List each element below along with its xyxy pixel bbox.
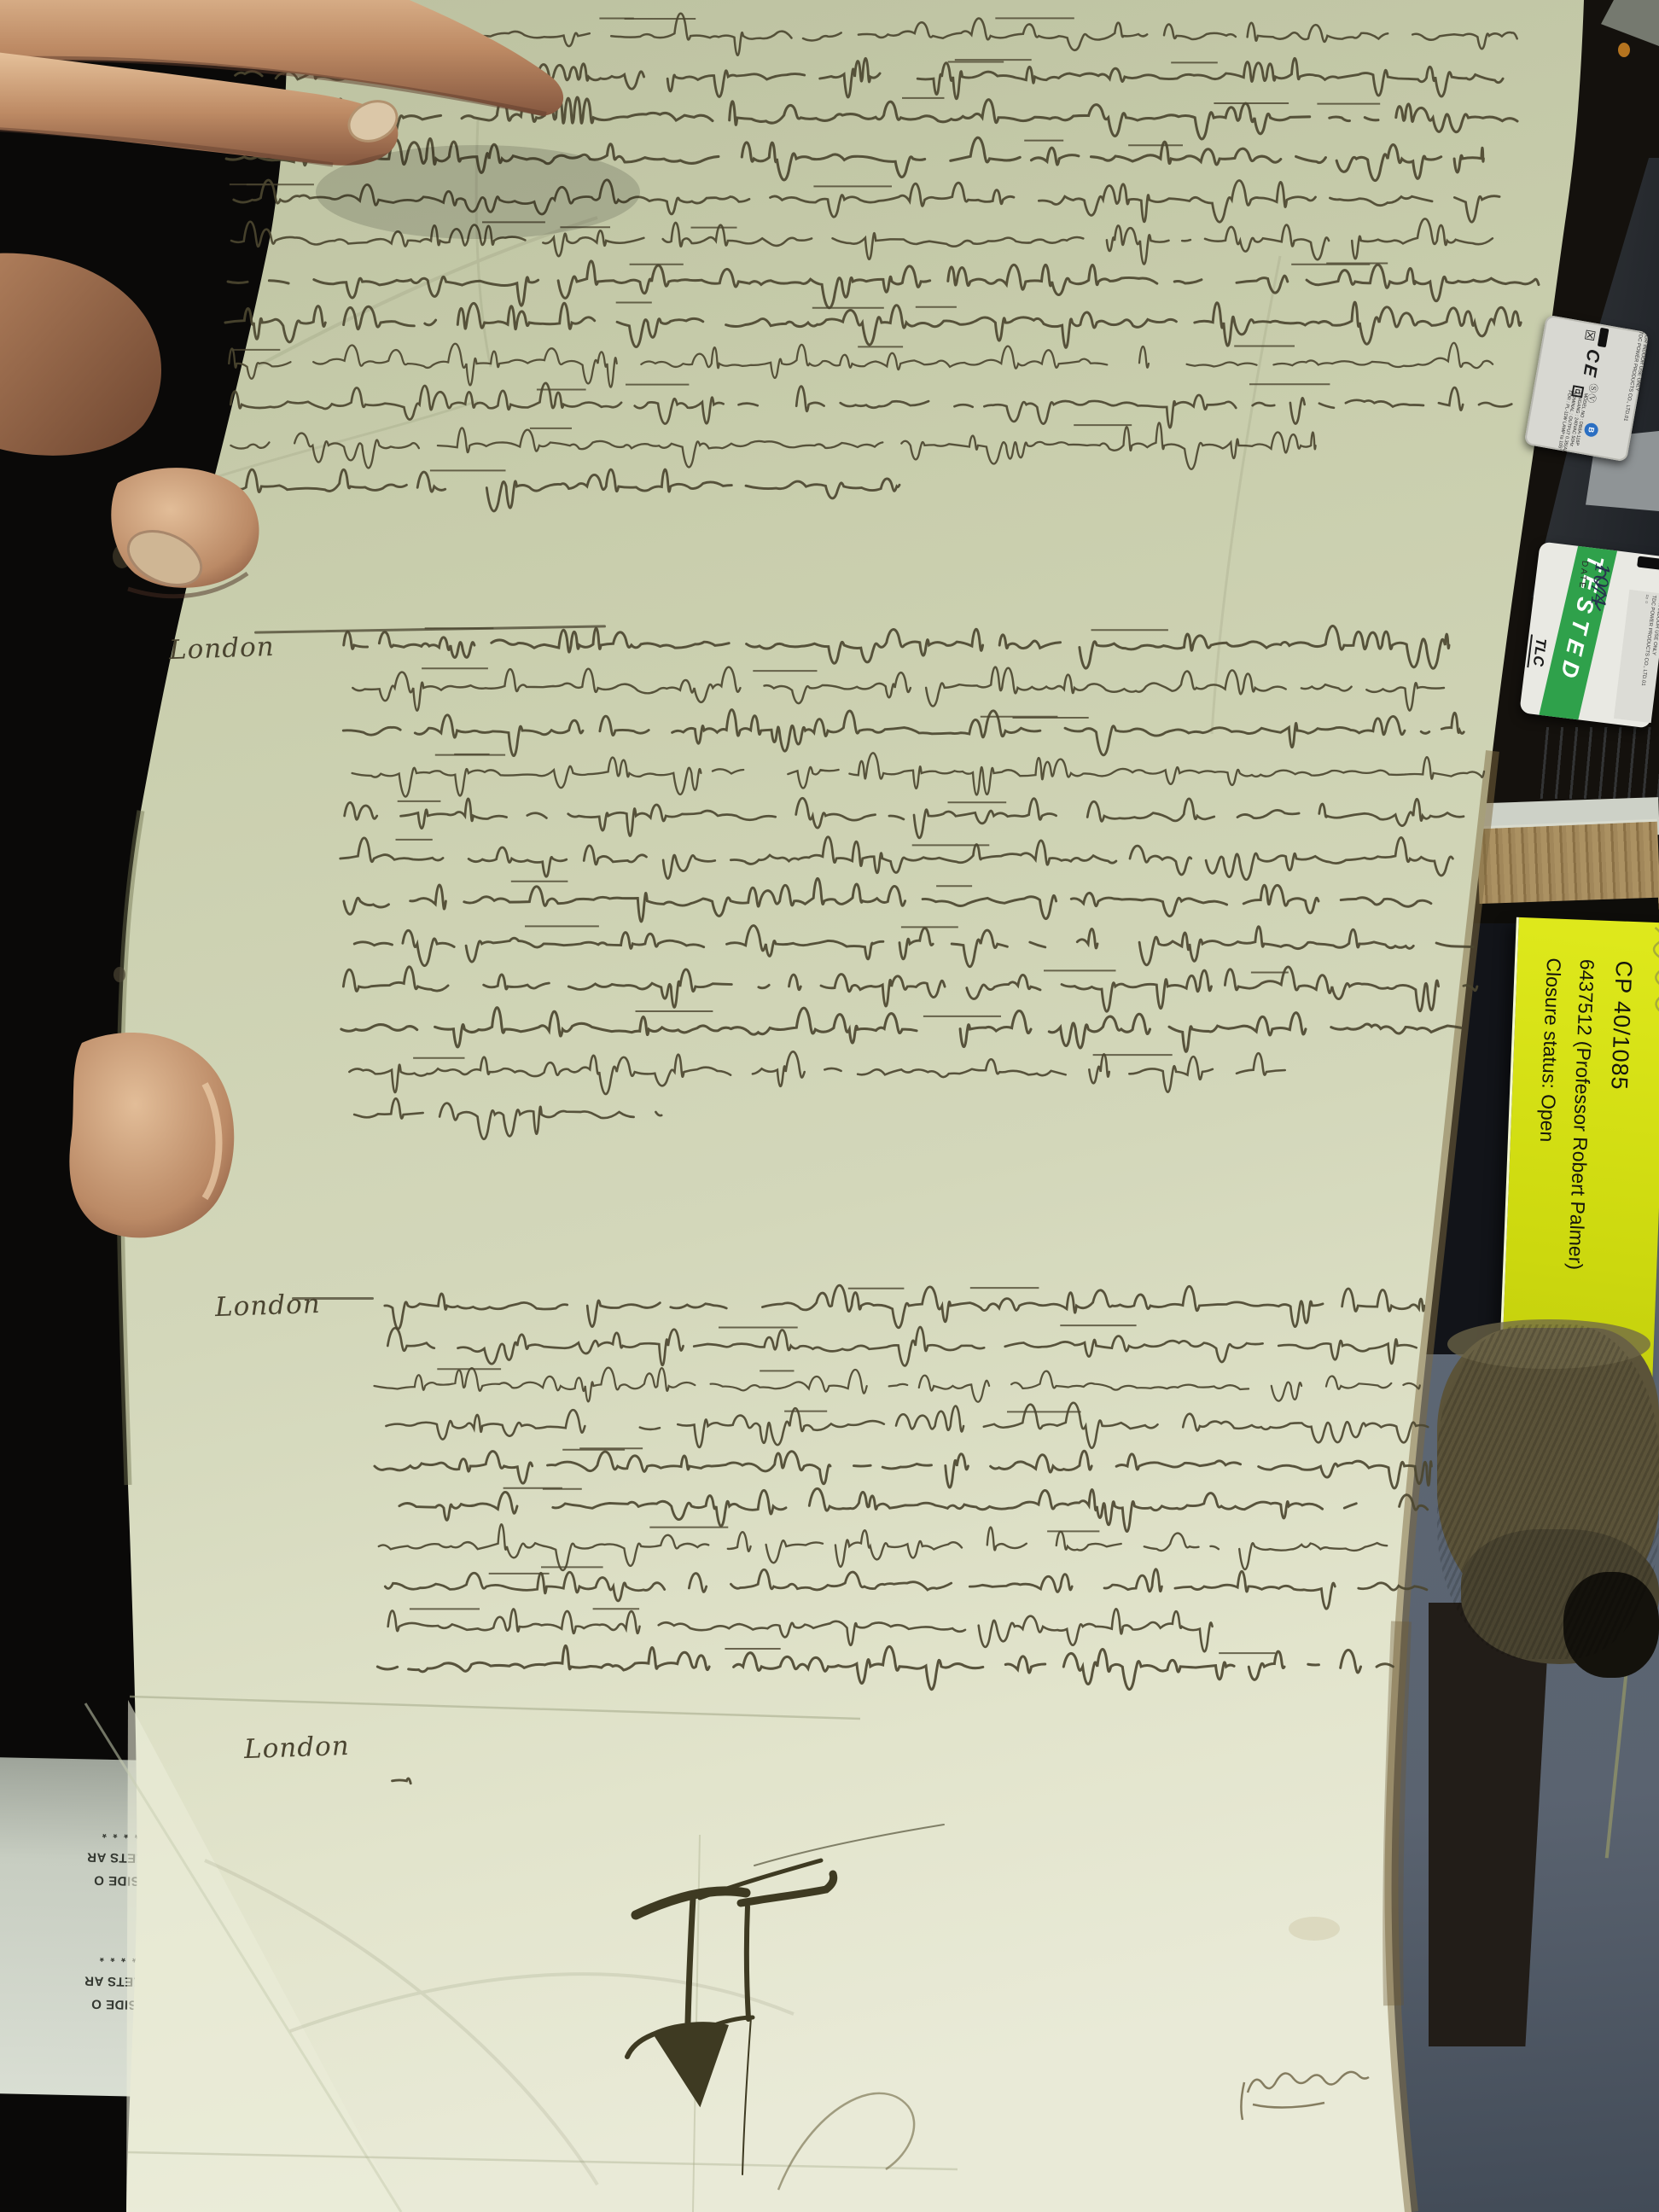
margin-note-london-1: London [168, 632, 275, 666]
ink-stain [114, 967, 125, 982]
thumb-knuckle [0, 253, 161, 456]
ce-mark: CE [1578, 347, 1604, 381]
blue-cert-icon: B [1584, 422, 1600, 439]
crossed-bin-icon: ☒ [1582, 329, 1597, 342]
tlc-logo: TLC [1527, 634, 1550, 669]
slot-icon [1637, 556, 1659, 569]
parchment-and-hand [0, 0, 1659, 2212]
margin-note-london-2: London [214, 1289, 321, 1323]
stain [1289, 1917, 1340, 1941]
margin-flourish-line [292, 1297, 374, 1300]
faded-scribble [1644, 923, 1659, 1051]
strap-weave-texture [1437, 1324, 1659, 1659]
slot-icon [1598, 328, 1610, 347]
archive-photo-scene: { "scene": { "type": "photograph of a me… [0, 0, 1659, 2212]
canvas-strap [1437, 1318, 1659, 1685]
margin-note-london-3: London [243, 1731, 350, 1765]
